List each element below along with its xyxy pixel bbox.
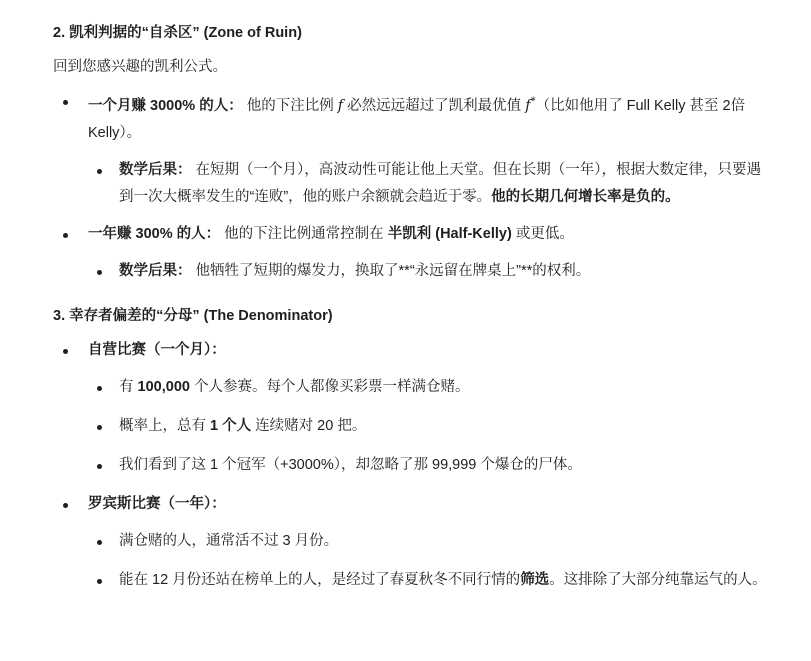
item-bold-term: 半凯利 (Half-Kelly) [388,226,512,242]
sub-list-item: 能在 12 月份还站在榜单上的人，是经过了春夏秋冬不同行情的筛选。这排除了大部分… [88,567,771,594]
math-f-star: f* [525,98,535,114]
sub-list-item: 我们看到了这 1 个冠军（+3000%），却忽略了那 99,999 个爆仓的尸体… [88,452,771,479]
sub-list-item: 数学后果： 在短期（一个月），高波动性可能让他上天堂。但在长期（一年），根据大数… [88,157,771,211]
item-label: 一个月赚 3000% 的人： [88,98,243,114]
section-3-list: 自营比赛（一个月）： 有 100,000 个人参赛。每个人都像买彩票一样满仓赌。… [53,337,771,594]
item-text: 他牺牲了短期的爆发力，换取了**“永远留在牌桌上”**的权利。 [192,263,591,279]
sub-list-item: 有 100,000 个人参赛。每个人都像买彩票一样满仓赌。 [88,374,771,401]
item-bold-conclusion: 他的长期几何增长率是负的。 [491,189,680,205]
list-item-monthly-3000: 一个月赚 3000% 的人： 他的下注比例 f 必然远远超过了凯利最优值 f*（… [53,88,771,211]
sub-list-item: 满仓赌的人，通常活不过 3 月份。 [88,528,771,555]
sub-list: 数学后果： 他牺牲了短期的爆发力，换取了**“永远留在牌桌上”**的权利。 [88,258,771,285]
section-2-list: 一个月赚 3000% 的人： 他的下注比例 f 必然远远超过了凯利最优值 f*（… [53,88,771,285]
list-item-yearly-300: 一年赚 300% 的人： 他的下注比例通常控制在 半凯利 (Half-Kelly… [53,221,771,285]
sub-list-item: 概率上，总有 1 个人 连续赌对 20 把。 [88,413,771,440]
item-label: 罗宾斯比赛（一年）： [88,496,226,512]
item-label: 一年赚 300% 的人： [88,226,220,242]
sub-list: 满仓赌的人，通常活不过 3 月份。 能在 12 月份还站在榜单上的人，是经过了春… [88,528,771,594]
sub-list: 数学后果： 在短期（一个月），高波动性可能让他上天堂。但在长期（一年），根据大数… [88,157,771,211]
list-item-prop-competition: 自营比赛（一个月）： 有 100,000 个人参赛。每个人都像买彩票一样满仓赌。… [53,337,771,479]
item-label: 数学后果： [119,162,192,178]
sub-list: 有 100,000 个人参赛。每个人都像买彩票一样满仓赌。 概率上，总有 1 个… [88,374,771,479]
item-text: 他的下注比例通常控制在 [220,226,388,242]
sub-list-item: 数学后果： 他牺牲了短期的爆发力，换取了**“永远留在牌桌上”**的权利。 [88,258,771,285]
document-body: 2. 凯利判据的“自杀区” (Zone of Ruin) 回到您感兴趣的凯利公式… [0,0,811,594]
list-item-robbins-competition: 罗宾斯比赛（一年）： 满仓赌的人，通常活不过 3 月份。 能在 12 月份还站在… [53,491,771,594]
section-2-intro: 回到您感兴趣的凯利公式。 [53,56,771,78]
item-label: 数学后果： [119,263,192,279]
section-3-heading: 3. 幸存者偏差的“分母” (The Denominator) [53,305,771,327]
item-label: 自营比赛（一个月）： [88,342,226,358]
section-2-heading: 2. 凯利判据的“自杀区” (Zone of Ruin) [53,22,771,44]
item-text: 他的下注比例 [243,98,338,114]
item-text: 或更低。 [512,226,574,242]
item-text: 必然远远超过了凯利最优值 [343,98,525,114]
